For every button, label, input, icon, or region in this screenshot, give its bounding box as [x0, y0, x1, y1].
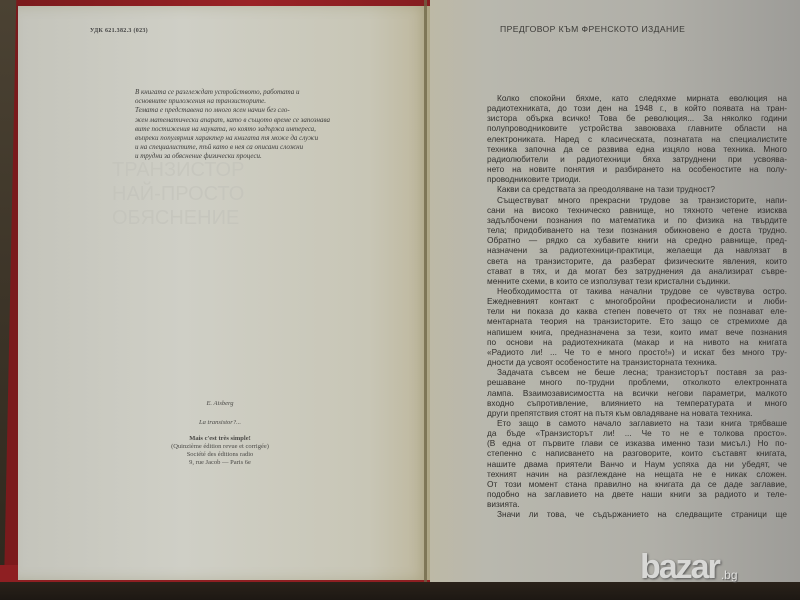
text-line: нашите двама приятели Ванчо и Наум успях… [487, 459, 787, 469]
imprint-line: Mais c'est très simple! [150, 435, 290, 443]
original-edition-imprint: E. Aisberg La transistor?... Mais c'est … [150, 400, 290, 467]
annotation-line: въпреки популярния характер на книгата т… [135, 134, 330, 143]
text-line: тела; придобиването на тези познания оби… [487, 225, 787, 235]
text-line: радиотехниката, до този ден на 1948 г., … [487, 103, 787, 113]
book-spine-gutter [424, 0, 427, 582]
imprint-author: E. Aisberg [150, 400, 290, 408]
imprint-line: 9, rue Jacob — Paris 6e [150, 459, 290, 467]
book-photo: УДК 621.382.3 (023) В книгата се разглеж… [0, 0, 800, 600]
text-line: Ето защо в самото начало заглавието на т… [487, 418, 787, 428]
annotation-line: В книгата се разглеждат устройството, ра… [135, 88, 330, 97]
text-line: техника започна да се развива една изцял… [487, 144, 787, 154]
text-line: техният начин на разглеждане на нещата н… [487, 469, 787, 479]
text-line: задълбочени познания по математика и по … [487, 215, 787, 225]
text-line: Ежедневният контакт с многобройни профес… [487, 296, 787, 306]
text-line: Обратно — рядко са хубавите книги на сре… [487, 235, 787, 245]
text-line: Значи ли това, че съдържанието на следва… [487, 509, 787, 519]
annotation-paragraph: В книгата се разглеждат устройството, ра… [135, 88, 330, 162]
text-line: От този момент стана правилно на книгата… [487, 479, 787, 489]
text-line: света на транзисторите, да разберат физи… [487, 256, 787, 266]
bazar-watermark-logo: bazar .bg [640, 552, 738, 582]
text-line: нето на новите понятия и разбирането на … [487, 164, 787, 174]
text-line: Съществуват много прекрасни трудове за т… [487, 195, 787, 205]
text-line: степенно с написването на разговорите, к… [487, 448, 787, 458]
text-line: електрониката. Наред с класическата, поз… [487, 134, 787, 144]
text-line: тели ни показа до каква степен повечето … [487, 306, 787, 316]
text-line: менните схеми, в които се използуват тез… [487, 276, 787, 286]
annotation-line: основните приложения на транзисторите. [135, 97, 330, 106]
text-line: сани на високо техническо равнище, но тя… [487, 205, 787, 215]
preface-body-text: Колко спокойни бяхме, като следяхме мирн… [487, 93, 787, 520]
text-line: Задачата съвсем не беше лесна; транзисто… [487, 367, 787, 377]
text-line: «Радиото ли! ... Че то е много просто!»)… [487, 347, 787, 357]
text-line: Колко спокойни бяхме, като следяхме мирн… [487, 93, 787, 103]
text-line: решаване много по-трудни проблеми, откол… [487, 377, 787, 387]
imprint-line: (Quinzième édition revue et corrigée) [150, 443, 290, 451]
text-line: лампа. Взаимозависимостта на всички него… [487, 388, 787, 398]
text-line: зистора обърка всичко! Това бе революция… [487, 113, 787, 123]
text-line: подобно на заглавието на двете наши книг… [487, 489, 787, 499]
text-line: стават в тях, и да могат без затруднения… [487, 266, 787, 276]
text-line: дности да усвоят особеностите на транзис… [487, 357, 787, 367]
text-line: по основи на радиотехниката (макар и на … [487, 337, 787, 347]
text-line: входно съпротивление, влиянието на темпе… [487, 398, 787, 408]
bleed-through-text: ТРАНЗИСТОРНАЙ-ПРОСТООБЯСНЕНИЕ [112, 158, 244, 230]
chapter-heading: ПРЕДГОВОР КЪМ ФРЕНСКОТО ИЗДАНИЕ [500, 24, 685, 34]
imprint-line: Société des éditions radio [150, 451, 290, 459]
annotation-line: Темата е представена по много ясен начин… [135, 106, 330, 115]
text-line: Необходимостта от такива начални трудове… [487, 286, 787, 296]
text-line: (В една от първите глави се изказва имен… [487, 438, 787, 448]
imprint-title: La transistor?... [150, 419, 290, 427]
text-line: визията. [487, 499, 787, 509]
annotation-line: вите постижения на науката, но която зад… [135, 125, 330, 134]
text-line: да бъде «Транзисторът ли! ... Че то не е… [487, 428, 787, 438]
watermark-tld: .bg [721, 568, 738, 582]
text-line: проводниковите триоди. [487, 174, 787, 184]
text-line: полупроводниковите устройства завоюваха … [487, 123, 787, 133]
text-line: ментарната теория на транзисторите. Ето … [487, 316, 787, 326]
text-line: радиолюбители и радиотехници бяха затруд… [487, 154, 787, 164]
annotation-line: и на специалистите, тъй като в нея са оп… [135, 143, 330, 152]
text-line: напишем книга, предназначена за тези, ко… [487, 327, 787, 337]
text-line: други препятствия стоят на пътя към овла… [487, 408, 787, 418]
text-line: назначени за радиотехници-практици, жела… [487, 245, 787, 255]
annotation-line: жен математически апарат, като в същото … [135, 116, 330, 125]
text-line: Какви са средствата за преодоляване на т… [487, 184, 787, 194]
watermark-brand: bazar [640, 552, 719, 582]
udk-code: УДК 621.382.3 (023) [90, 27, 148, 36]
